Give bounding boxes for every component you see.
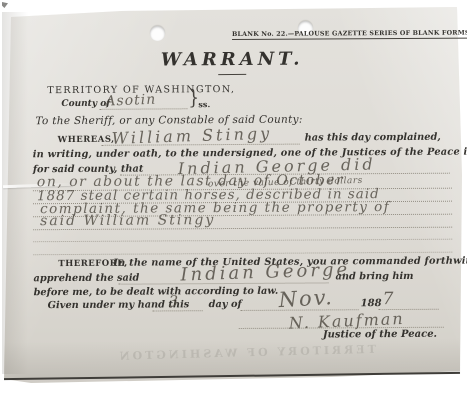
day-value-handwritten: 3: [169, 292, 180, 310]
bring-him-label: and bring him: [335, 271, 413, 282]
signature-title: Justice of the Peace.: [323, 329, 437, 341]
year-prefix: 188: [361, 298, 382, 309]
document-title: WARRANT.: [132, 48, 332, 70]
before-line: before me, to be dealt with according to…: [34, 286, 279, 298]
year-suffix-handwritten: 7: [383, 289, 395, 309]
rule-6-empty: [33, 252, 452, 256]
whereas-label: WHEREAS,: [58, 135, 115, 145]
whereas-rest: has this day complained,: [305, 132, 441, 144]
warrant-document: BLANK No. 22.—PALOUSE GAZETTE SERIES OF …: [0, 0, 467, 400]
handwritten-line4: said William Stingy: [40, 212, 215, 229]
county-name-handwritten: Asotin: [105, 92, 156, 110]
apprehend-label: apprehend the said: [33, 273, 139, 285]
title-underline: [218, 74, 246, 75]
rule-5-empty: [33, 239, 452, 243]
county-label: County of: [61, 99, 110, 109]
day-rule: [153, 310, 203, 311]
printers-imprint: BLANK No. 22.—PALOUSE GAZETTE SERIES OF …: [232, 29, 467, 40]
county-rule: [99, 108, 187, 110]
month-value-handwritten: Nov.: [278, 285, 334, 312]
bleed-through-text: TERRITORY OF WASHINGTON: [56, 343, 376, 365]
day-of-label: day of: [209, 299, 242, 310]
ss-label: ss.: [198, 99, 210, 109]
